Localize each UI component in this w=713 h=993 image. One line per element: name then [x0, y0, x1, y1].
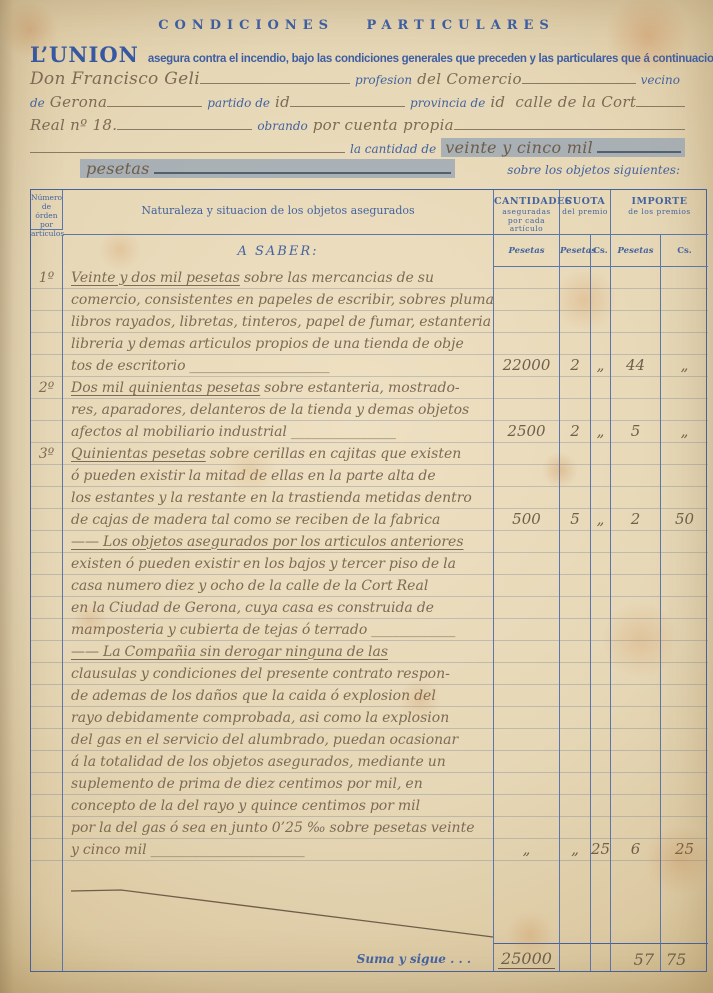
subheader-cs-importe: Cs.: [661, 235, 708, 267]
suma-importe-cs: 75: [661, 943, 708, 971]
pesetas-highlight: pesetas: [80, 159, 455, 178]
cuota-pesetas-value: 5: [560, 443, 591, 531]
importe-cs-value: 50: [661, 443, 708, 531]
label-sobre-objetos: sobre los objetos siguientes:: [502, 163, 685, 177]
intro-text: asegura contra el incendio, bajo las con…: [148, 53, 713, 65]
insurer-brand: L’UNION: [30, 42, 139, 67]
paragraph-text: —— La Compañia sin derogar ninguna de la…: [63, 641, 494, 861]
cantidad-value: [494, 531, 560, 641]
header-importe-sub: de los premios: [611, 208, 708, 217]
empty-cell: [611, 861, 661, 943]
form-line-street: Real nº 18. obrando por cuenta propia: [30, 113, 685, 136]
field-insured-name: Don Francisco Geli: [30, 69, 200, 89]
header-importe-title: IMPORTE: [611, 196, 708, 207]
cuota-pesetas-value: [560, 531, 591, 641]
field-obrando: por cuenta propia: [313, 116, 454, 134]
closing-stroke-cell: [63, 861, 494, 943]
form-line-city: de Gerona partido de id provincia de id …: [30, 90, 685, 113]
article-number: 2º: [31, 377, 63, 443]
article-number: [31, 531, 63, 641]
field-calle: calle de la Cort: [505, 93, 636, 111]
cuota-cs-value: „: [591, 377, 611, 443]
label-provincia: provincia de: [405, 96, 490, 110]
rule-line: [454, 113, 685, 130]
header-cantidades-title: CANTIDADES: [494, 196, 559, 207]
cuota-cs-value: 25: [591, 641, 611, 861]
header-cuota-title: CUOTA: [560, 196, 610, 207]
article-text: Veinte y dos mil pesetas sobre las merca…: [63, 267, 494, 377]
suma-importe-pesetas: 57: [611, 943, 661, 971]
subheader-pesetas-cuota: Pesetas: [560, 235, 591, 267]
suma-cantidad-value: 25000: [498, 949, 555, 969]
cuota-pesetas-value: 2: [560, 377, 591, 443]
intro-line: L’UNION asegura contra el incendio, bajo…: [30, 42, 685, 67]
rule-line: [597, 142, 681, 153]
cantidad-value: 22000: [494, 267, 560, 377]
importe-cs-value: [661, 531, 708, 641]
field-partido: id: [275, 93, 290, 111]
label-vecino: vecino: [636, 73, 685, 87]
empty-cell: [591, 943, 611, 971]
subheader-numero-empty: [31, 235, 63, 267]
article-text: Quinientas pesetas sobre cerillas en caj…: [63, 443, 494, 531]
closing-stroke: [63, 861, 494, 943]
amount-highlight: veinte y cinco mil: [441, 138, 685, 157]
field-ciudad: Gerona: [50, 93, 107, 111]
field-cantidad-unidad: pesetas: [80, 159, 150, 178]
header-cuota: CUOTA del premio: [560, 190, 611, 235]
empty-cell: [591, 861, 611, 943]
importe-cs-value: 25: [661, 641, 708, 861]
empty-cell: [560, 943, 591, 971]
importe-pesetas-value: 6: [611, 641, 661, 861]
cuota-cs-value: [591, 531, 611, 641]
label-profesion: profesion: [350, 73, 417, 87]
empty-cell: [494, 861, 560, 943]
paragraph-rest: clausulas y condiciones del presente con…: [71, 666, 475, 858]
cuota-pesetas-value: 2: [560, 267, 591, 377]
importe-pesetas-value: 44: [611, 267, 661, 377]
rule-line: [200, 67, 350, 84]
header-cantidades: CANTIDADES aseguradas por cada artículo: [494, 190, 560, 235]
empty-cell: [31, 943, 63, 971]
importe-pesetas-value: [611, 531, 661, 641]
a-saber-label: A SABER:: [63, 235, 494, 267]
subheader-cs-cuota: Cs.: [591, 235, 611, 267]
article-number: 3º: [31, 443, 63, 531]
header-numero: Número de órden por artículos: [31, 190, 63, 230]
rule-line: [107, 90, 202, 107]
field-cantidad: veinte y cinco mil: [441, 138, 593, 157]
cuota-cs-value: „: [591, 267, 611, 377]
label-obrando: obrando: [252, 119, 312, 133]
subheader-pesetas-cantidades: Pesetas: [494, 235, 560, 267]
suma-cantidad: 25000: [494, 943, 560, 971]
rule-line: [117, 113, 252, 130]
header-importe: IMPORTE de los premios: [611, 190, 708, 235]
field-provincia: id: [490, 93, 505, 111]
policy-table: Número de órden por artículos Naturaleza…: [30, 189, 707, 972]
rule-line: [522, 67, 636, 84]
article-lead: Veinte y dos mil pesetas: [71, 270, 240, 286]
article-lead: Dos mil quinientas pesetas: [71, 380, 260, 396]
form-line-name: Don Francisco Geli profesion del Comerci…: [30, 67, 685, 90]
empty-cell: [31, 861, 63, 943]
cantidad-value: „: [494, 641, 560, 861]
header-cantidades-sub: aseguradas por cada artículo: [494, 208, 559, 234]
field-calle2: Real nº 18.: [30, 116, 117, 134]
importe-pesetas-value: 5: [611, 377, 661, 443]
subheader-pesetas-importe: Pesetas: [611, 235, 661, 267]
cantidad-value: 500: [494, 443, 560, 531]
paragraph-lead: —— Los objetos asegurados por los articu…: [71, 534, 464, 550]
scanned-policy-document: CONDICIONES PARTICULARES L’UNION asegura…: [0, 0, 713, 993]
cantidad-value: 2500: [494, 377, 560, 443]
label-partido: partido de: [202, 96, 275, 110]
document-title: CONDICIONES PARTICULARES: [0, 0, 713, 33]
suma-label: Suma y sigue . . .: [63, 943, 494, 971]
article-lead: Quinientas pesetas: [71, 446, 206, 462]
rule-line: [290, 90, 405, 107]
article-number: 1º: [31, 267, 63, 377]
cuota-pesetas-value: „: [560, 641, 591, 861]
header-naturaleza: Naturaleza y situacion de los objetos as…: [63, 190, 494, 235]
header-cuota-sub: del premio: [560, 208, 610, 217]
field-profesion: del Comercio: [417, 70, 522, 88]
importe-pesetas-value: 2: [611, 443, 661, 531]
article-number: [31, 641, 63, 861]
empty-cell: [560, 861, 591, 943]
form-line-pesetas: pesetas sobre los objetos siguientes:: [30, 159, 685, 182]
empty-cell: [661, 861, 708, 943]
rule-line: [636, 90, 685, 107]
paragraph-lead: —— La Compañia sin derogar ninguna de la…: [71, 644, 388, 660]
paragraph-text: —— Los objetos asegurados por los articu…: [63, 531, 494, 641]
importe-cs-value: „: [661, 267, 708, 377]
form-line-amount: la cantidad de veinte y cinco mil: [30, 136, 685, 159]
label-cantidad: la cantidad de: [345, 142, 441, 156]
rule-line: [154, 163, 451, 174]
article-text: Dos mil quinientas pesetas sobre estante…: [63, 377, 494, 443]
label-de: de: [30, 96, 50, 110]
rule-line: [30, 136, 345, 153]
cuota-cs-value: „: [591, 443, 611, 531]
paragraph-rest: existen ó pueden existir en los bajos y …: [71, 556, 456, 638]
importe-cs-value: „: [661, 377, 708, 443]
